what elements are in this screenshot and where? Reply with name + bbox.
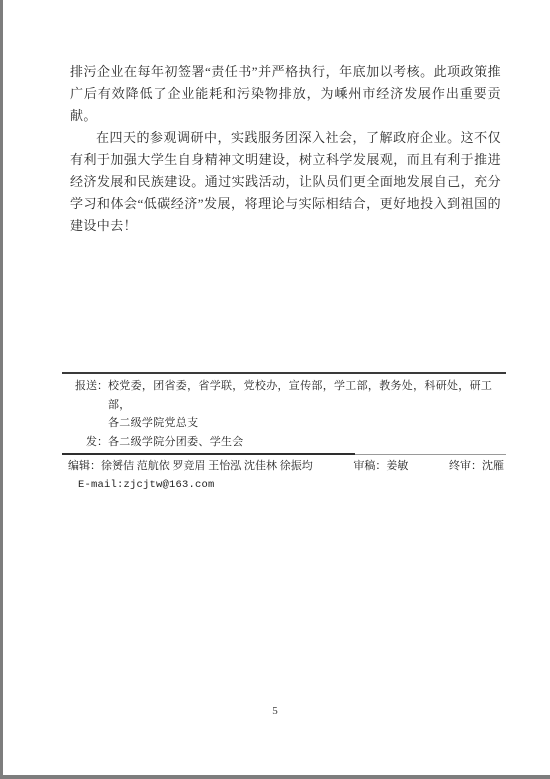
report-label: 报送： bbox=[68, 377, 108, 433]
paragraph-2: 在四天的参观调研中，实践服务团深入社会，了解政府企业。这不仅有利于加强大学生自身… bbox=[70, 127, 501, 237]
document-page: 排污企业在每年初签署“责任书”并严格执行，年底加以考核。此项政策推广后有效降低了… bbox=[0, 0, 550, 779]
reviewer-name: 姜敏 bbox=[386, 460, 408, 472]
report-line-1: 校党委，团省委，省学联，党校办，宣传部，学工部，教务处，科研处，研工部， bbox=[108, 380, 492, 411]
distribution-footer: 报送： 校党委，团省委，省学联，党校办，宣传部，学工部，教务处，科研处，研工部，… bbox=[62, 372, 506, 494]
send-label: 发： bbox=[68, 433, 108, 452]
editor-names: 徐赟佶 范航依 罗竞眉 王怡泓 沈佳林 徐振均 bbox=[101, 460, 313, 472]
editor-row: 编辑：徐赟佶 范航依 罗竞眉 王怡泓 沈佳林 徐振均 审稿：姜敏 终审：沈雁 bbox=[62, 457, 506, 476]
final-reviewer-name: 沈雁 bbox=[482, 460, 504, 472]
body-text: 排污企业在每年初签署“责任书”并严格执行，年底加以考核。此项政策推广后有效降低了… bbox=[70, 61, 501, 237]
review-label: 审稿： bbox=[353, 460, 386, 472]
editor-label: 编辑： bbox=[68, 460, 101, 472]
paragraph-1: 排污企业在每年初签署“责任书”并严格执行，年底加以考核。此项政策推广后有效降低了… bbox=[70, 61, 501, 127]
report-row: 报送： 校党委，团省委，省学联，党校办，宣传部，学工部，教务处，科研处，研工部，… bbox=[62, 377, 506, 433]
send-row: 发： 各二级学院分团委、学生会 bbox=[62, 433, 506, 452]
email-line: E-mail:zjcjtw@163.com bbox=[62, 476, 506, 495]
footer-divider bbox=[62, 453, 506, 455]
final-review-group: 终审：沈雁 bbox=[449, 457, 504, 476]
page-number: 5 bbox=[0, 705, 550, 717]
report-value: 校党委，团省委，省学联，党校办，宣传部，学工部，教务处，科研处，研工部， 各二级… bbox=[108, 377, 506, 433]
final-review-label: 终审： bbox=[449, 460, 482, 472]
divider-dark-segment bbox=[62, 453, 355, 455]
scan-bottom-edge bbox=[0, 775, 550, 779]
editors-group: 编辑：徐赟佶 范航依 罗竞眉 王怡泓 沈佳林 徐振均 bbox=[68, 457, 313, 476]
review-group: 审稿：姜敏 bbox=[353, 457, 408, 476]
footer-top-rule bbox=[62, 372, 506, 374]
divider-light-segment bbox=[355, 454, 506, 455]
report-line-2: 各二级学院党总支 bbox=[108, 417, 198, 429]
scan-left-edge bbox=[0, 0, 3, 779]
send-value: 各二级学院分团委、学生会 bbox=[108, 433, 506, 452]
